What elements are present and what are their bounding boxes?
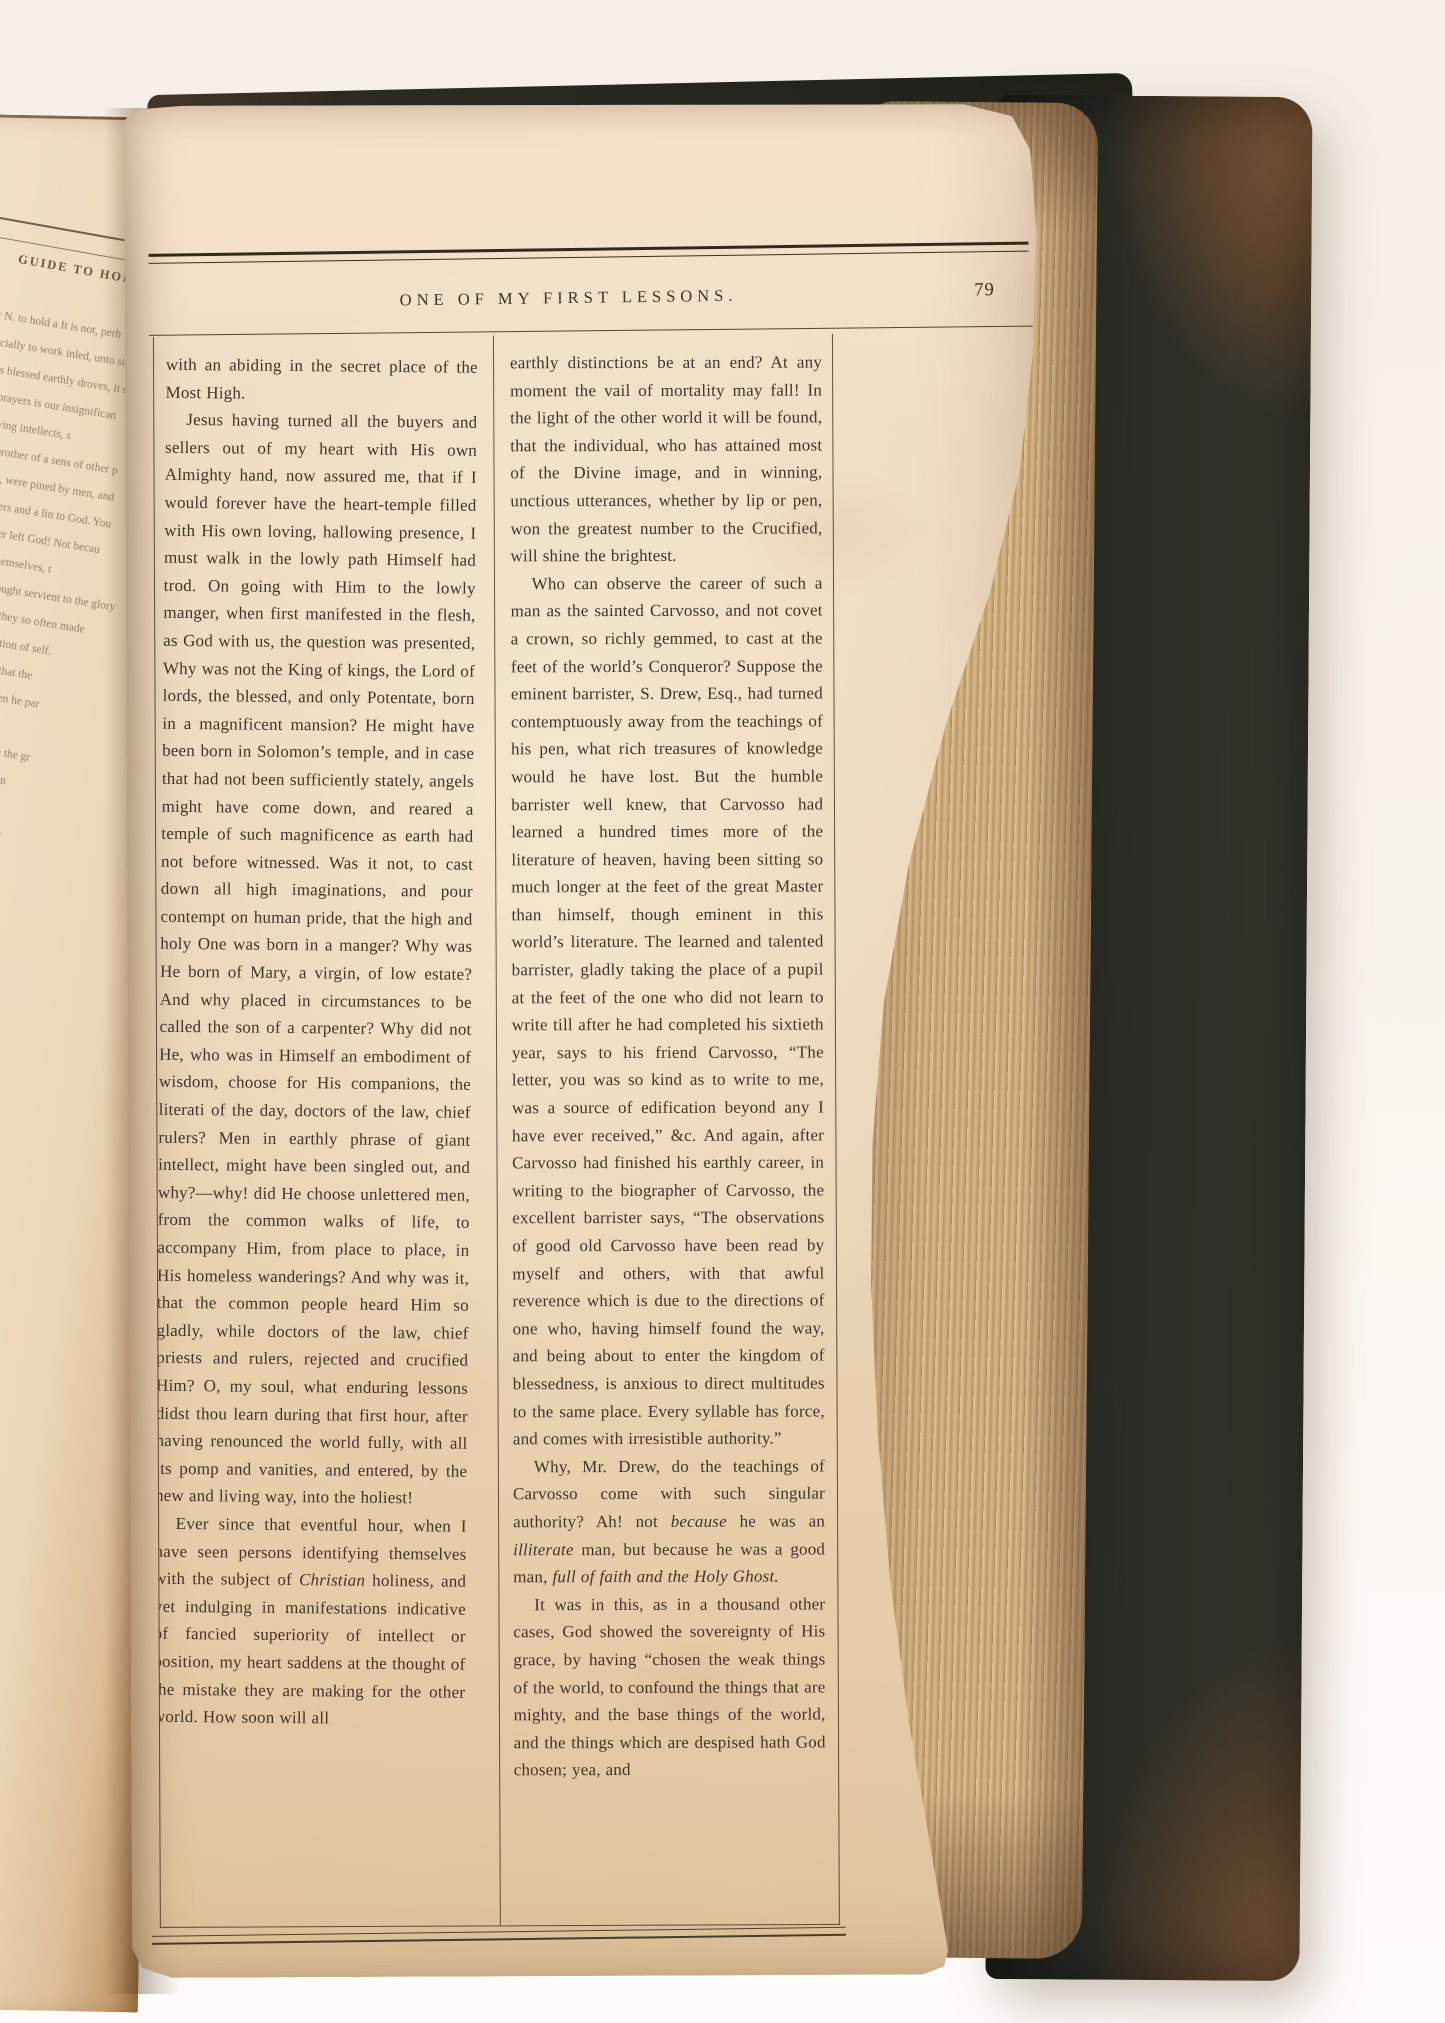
paragraph: It was in this, as in a thousand other c…	[513, 1590, 826, 1784]
paragraph: Jesus having turned all the buyers and s…	[155, 406, 478, 1513]
text-frame: with an abiding in the secret place of t…	[153, 334, 840, 1928]
page-number: 79	[974, 280, 995, 301]
page-header: ONE OF MY FIRST LESSONS. 79	[149, 280, 1029, 322]
right-column: earthly distinctions be at an end? At an…	[494, 334, 839, 1925]
bottom-rule	[152, 1927, 846, 1945]
paragraph: Ever since that eventful hour, when I ha…	[153, 1510, 467, 1734]
paragraph: earthly distinctions be at an end? At an…	[510, 348, 823, 570]
book-photo: GUIDE TO HOLINESS. er N. to hold a It is…	[0, 0, 1445, 2023]
paragraph: with an abiding in the secret place of t…	[165, 351, 478, 409]
left-column: with an abiding in the secret place of t…	[154, 335, 500, 1926]
header-rules	[149, 242, 1029, 264]
running-head: ONE OF MY FIRST LESSONS.	[400, 286, 738, 311]
paragraph: Who can observe the career of such a man…	[511, 569, 825, 1453]
paragraph: Why, Mr. Drew, do the teachings of Carvo…	[513, 1452, 825, 1591]
